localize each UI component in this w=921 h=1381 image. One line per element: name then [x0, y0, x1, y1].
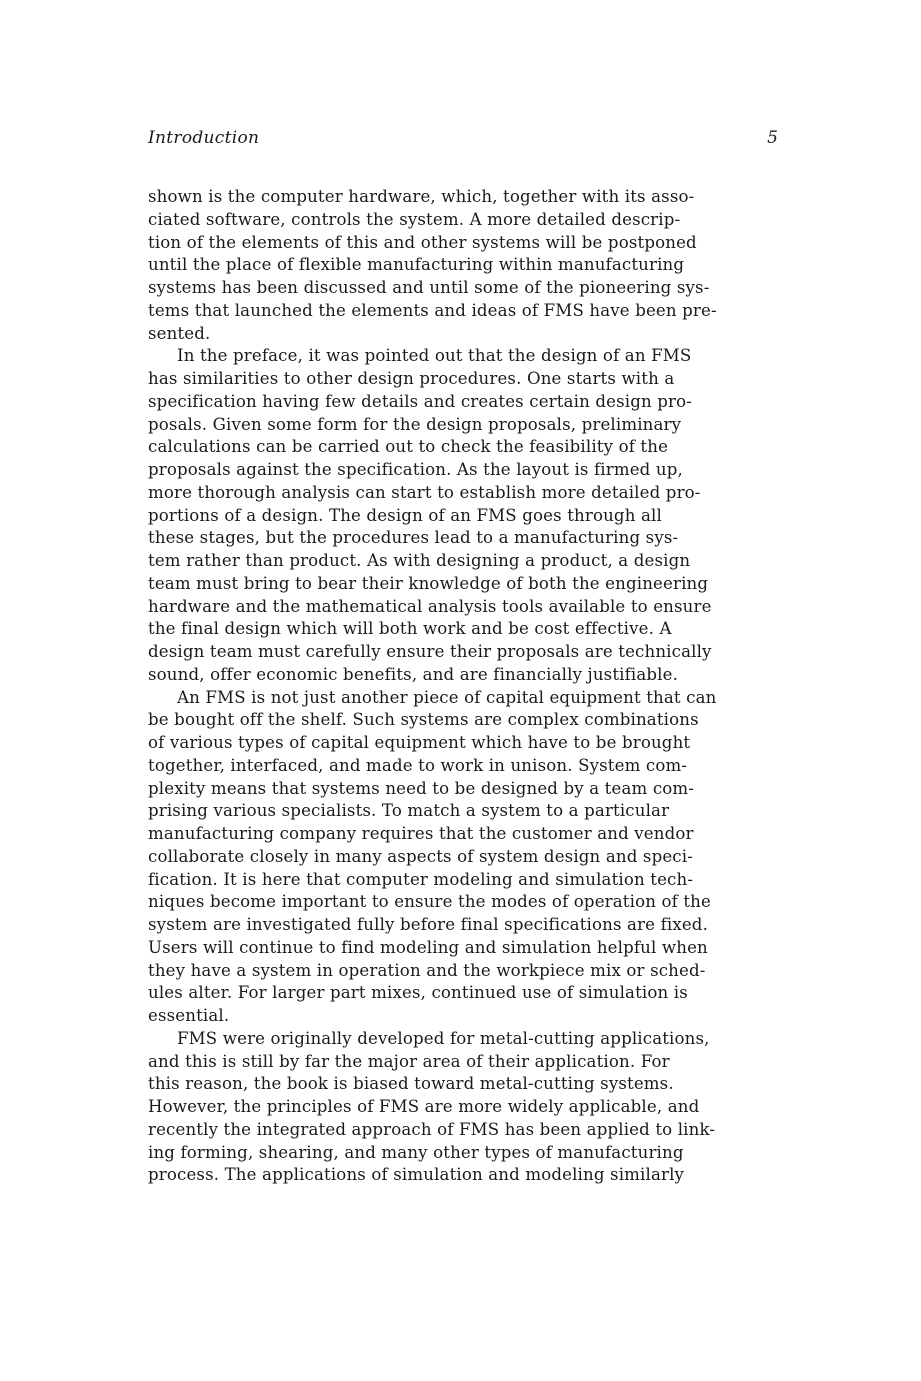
text-line: However, the principles of FMS are more …: [148, 1096, 780, 1119]
text-line: this reason, the book is biased toward m…: [148, 1073, 780, 1096]
text-line: proposals against the specification. As …: [148, 459, 780, 482]
text-line: of various types of capital equipment wh…: [148, 732, 780, 755]
text-line: Users will continue to find modeling and…: [148, 937, 780, 960]
text-line: calculations can be carried out to check…: [148, 436, 780, 459]
text-line: FMS were originally developed for metal-…: [148, 1028, 780, 1051]
text-line: process. The applications of simulation …: [148, 1164, 780, 1187]
paragraph: shown is the computer hardware, which, t…: [148, 186, 780, 345]
text-line: An FMS is not just another piece of capi…: [148, 687, 780, 710]
running-header: Introduction 5: [148, 128, 780, 158]
text-line: ules alter. For larger part mixes, conti…: [148, 982, 780, 1005]
paragraph: In the preface, it was pointed out that …: [148, 345, 780, 686]
text-line: together, interfaced, and made to work i…: [148, 755, 780, 778]
body-text: shown is the computer hardware, which, t…: [148, 186, 780, 1187]
text-line: the final design which will both work an…: [148, 618, 780, 641]
text-line: these stages, but the procedures lead to…: [148, 527, 780, 550]
text-line: prising various specialists. To match a …: [148, 800, 780, 823]
text-line: sented.: [148, 323, 780, 346]
text-line: design team must carefully ensure their …: [148, 641, 780, 664]
text-line: hardware and the mathematical analysis t…: [148, 596, 780, 619]
text-line: portions of a design. The design of an F…: [148, 505, 780, 528]
text-line: tion of the elements of this and other s…: [148, 232, 780, 255]
book-page: Introduction 5 shown is the computer har…: [148, 128, 780, 1187]
text-line: niques become important to ensure the mo…: [148, 891, 780, 914]
text-line: be bought off the shelf. Such systems ar…: [148, 709, 780, 732]
text-line: and this is still by far the major area …: [148, 1051, 780, 1074]
text-line: team must bring to bear their knowledge …: [148, 573, 780, 596]
running-title: Introduction: [148, 128, 259, 148]
paragraph: An FMS is not just another piece of capi…: [148, 687, 780, 1028]
text-line: has similarities to other design procedu…: [148, 368, 780, 391]
text-line: shown is the computer hardware, which, t…: [148, 186, 780, 209]
text-line: tems that launched the elements and idea…: [148, 300, 780, 323]
text-line: manufacturing company requires that the …: [148, 823, 780, 846]
text-line: essential.: [148, 1005, 780, 1028]
text-line: tem rather than product. As with designi…: [148, 550, 780, 573]
page-number: 5: [767, 128, 780, 148]
text-line: sound, offer economic benefits, and are …: [148, 664, 780, 687]
text-line: systems has been discussed and until som…: [148, 277, 780, 300]
text-line: they have a system in operation and the …: [148, 960, 780, 983]
text-line: system are investigated fully before fin…: [148, 914, 780, 937]
text-line: until the place of flexible manufacturin…: [148, 254, 780, 277]
text-line: posals. Given some form for the design p…: [148, 414, 780, 437]
text-line: plexity means that systems need to be de…: [148, 778, 780, 801]
text-line: more thorough analysis can start to esta…: [148, 482, 780, 505]
text-line: recently the integrated approach of FMS …: [148, 1119, 780, 1142]
text-line: ciated software, controls the system. A …: [148, 209, 780, 232]
text-line: specification having few details and cre…: [148, 391, 780, 414]
text-line: collaborate closely in many aspects of s…: [148, 846, 780, 869]
text-line: In the preface, it was pointed out that …: [148, 345, 780, 368]
text-line: fication. It is here that computer model…: [148, 869, 780, 892]
paragraph: FMS were originally developed for metal-…: [148, 1028, 780, 1187]
text-line: ing forming, shearing, and many other ty…: [148, 1142, 780, 1165]
